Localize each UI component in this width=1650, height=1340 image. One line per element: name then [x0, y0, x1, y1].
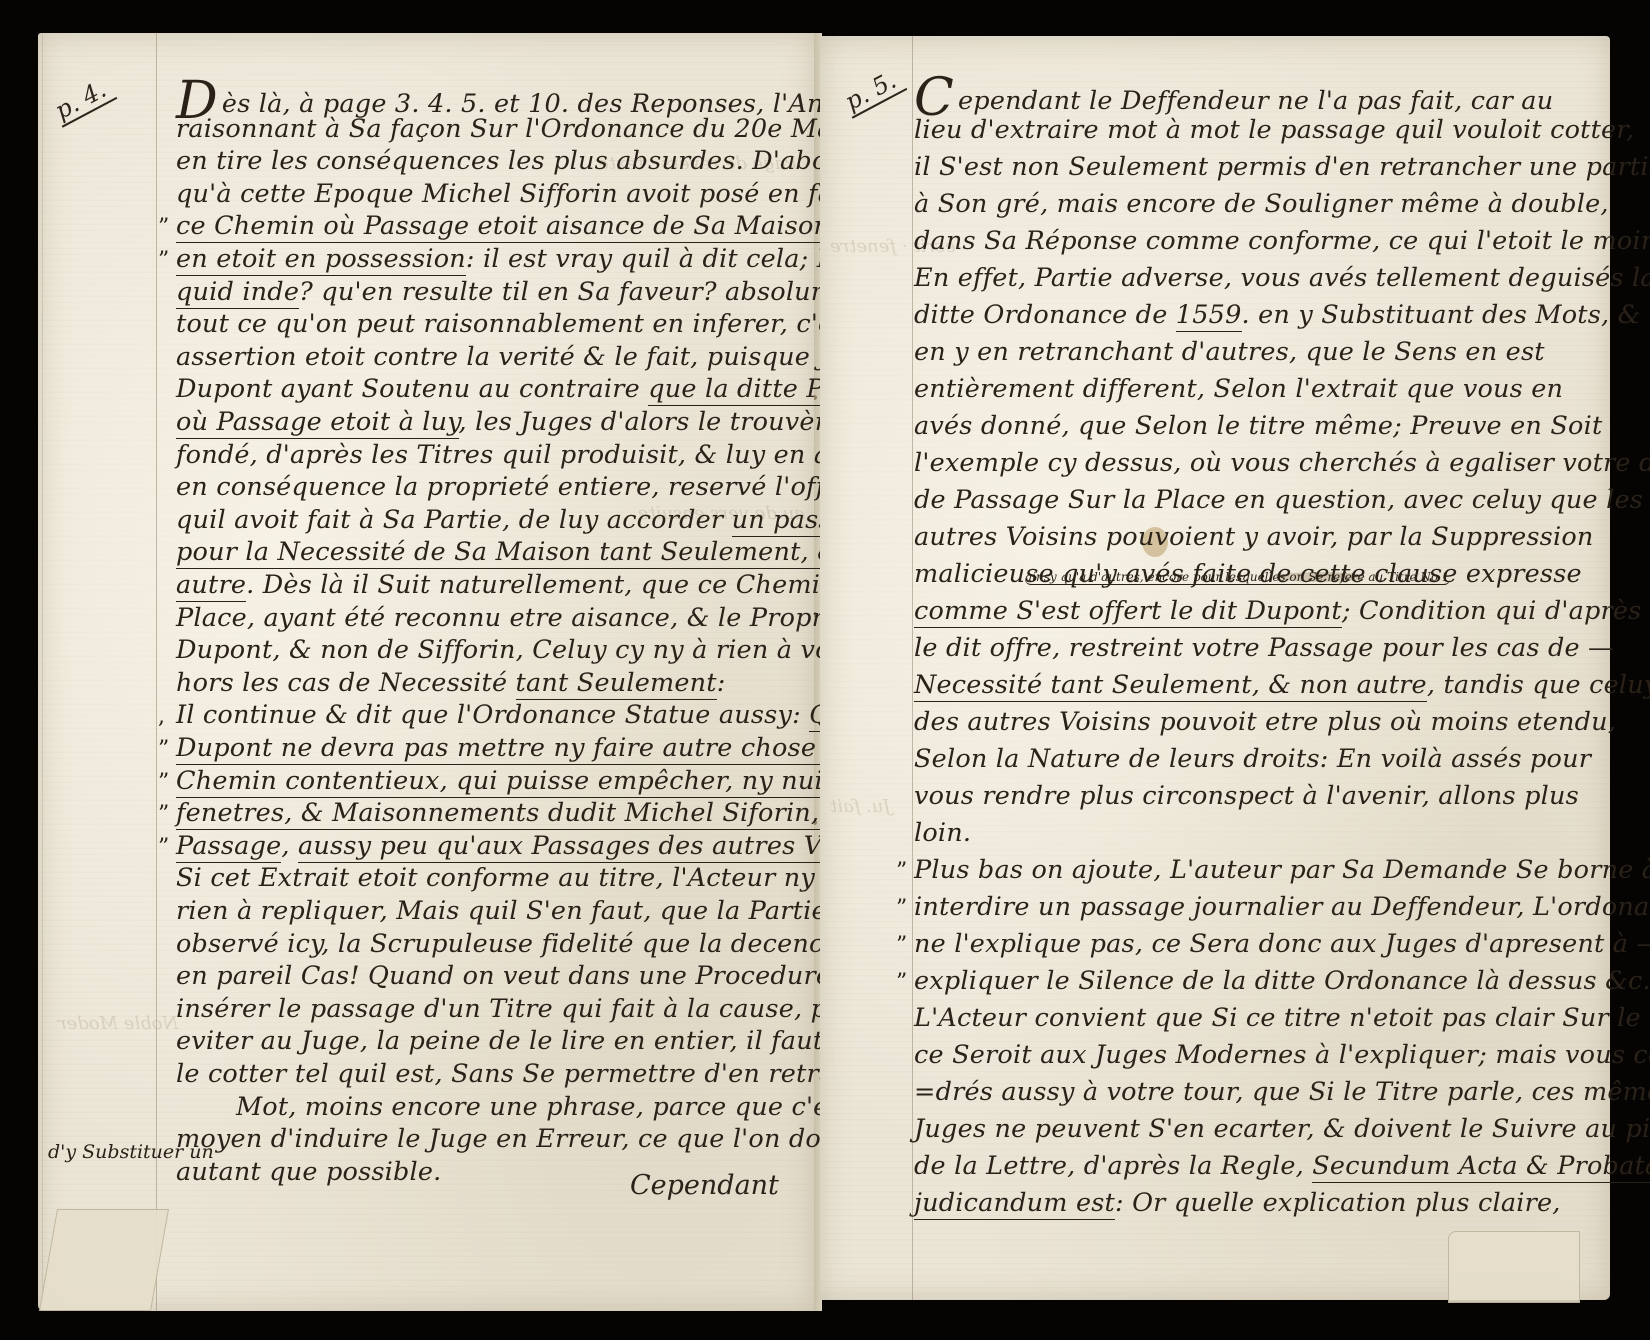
text-segment: il S'est non Seulement permis d'en retra…: [914, 152, 1650, 182]
manuscript-line: Juges ne peuvent S'en ecarter, & doivent…: [916, 1114, 1650, 1144]
manuscript-line: où Passage etoit à luy, les Juges d'alor…: [178, 407, 869, 437]
text-segment: insérer le passage d'un Titre qui fait à…: [176, 994, 872, 1024]
text-segment: ce Seroit aux Juges Modernes à l'expliqu…: [914, 1040, 1650, 1070]
manuscript-line: vous rendre plus circonspect à l'avenir,…: [916, 781, 1579, 811]
underlined-text: Passage: [176, 831, 281, 863]
manuscript-line: Dupont ayant Soutenu au contraire que la…: [178, 374, 886, 404]
quote-mark: ”: [158, 802, 176, 827]
text-segment: =drés aussy à votre tour, que Si le Titr…: [914, 1077, 1650, 1107]
manuscript-line: qu'à cette Epoque Michel Sifforin avoit …: [178, 179, 922, 209]
manuscript-line: Mot, moins encore une phrase, parce que …: [238, 1092, 884, 1122]
underlined-text: où Passage etoit à luy: [176, 407, 459, 439]
text-segment: qu'à cette Epoque Michel Sifforin avoit …: [176, 179, 869, 209]
text-segment: observé icy, la Scrupuleuse fidelité que…: [176, 929, 917, 959]
quote-mark: ”: [158, 770, 176, 795]
manuscript-line: =drés aussy à votre tour, que Si le Titr…: [916, 1077, 1650, 1107]
manuscript-line: ”Chemin contentieux, qui puisse empêcher…: [178, 766, 906, 796]
manuscript-line: comme S'est offert le dit Dupont; Condit…: [916, 596, 1641, 626]
underlined-text: Dupont ne devra pas mettre ny faire autr…: [176, 733, 892, 765]
text-segment: . en y Substituant des Mots, &: [1242, 300, 1641, 330]
manuscript-line: dans Sa Réponse comme conforme, ce qui l…: [916, 226, 1650, 256]
manuscript-line: ”expliquer le Silence de la ditte Ordona…: [916, 966, 1650, 996]
quote-mark: ,: [158, 704, 176, 729]
manuscript-line: autant que possible.: [178, 1157, 441, 1187]
text-segment: autres Voisins pouvoient y avoir, par la…: [914, 522, 1594, 552]
text-segment: eviter au Juge, la peine de le lire en e…: [176, 1026, 823, 1056]
manuscript-line: entièrement different, Selon l'extrait q…: [916, 374, 1563, 404]
manuscript-line: ”en etoit en possession: il est vray qui…: [178, 244, 880, 274]
manuscript-line: judicandum est: Or quelle explication pl…: [916, 1188, 1561, 1218]
underlined-text: Chemin contentieux, qui puisse empêcher,…: [176, 766, 906, 798]
text-segment: ; Condition qui d'après: [1342, 596, 1642, 626]
margin-rule: [156, 33, 157, 1311]
margin-note: d'y Substituer un: [48, 1141, 214, 1163]
manuscript-line: eviter au Juge, la peine de le lire en e…: [178, 1026, 823, 1056]
manuscript-line: des autres Voisins pouvoit etre plus où …: [916, 707, 1616, 737]
underlined-text: en etoit en possession: [176, 244, 466, 276]
manuscript-line: il S'est non Seulement permis d'en retra…: [916, 152, 1650, 182]
text-segment: l'exemple cy dessus, où vous cherchés à …: [914, 448, 1650, 478]
text-segment: En effet, Partie adverse, vous avés tell…: [914, 263, 1650, 293]
margin-rule: [912, 36, 913, 1300]
manuscript-line: ”ce Chemin où Passage etoit aisance de S…: [178, 211, 928, 241]
manuscript-line: Dupont, & non de Sifforin, Celuy cy ny à…: [178, 635, 857, 665]
manuscript-line: ”Plus bas on ajoute, L'auteur par Sa Dem…: [916, 855, 1650, 885]
text-segment: :: [717, 668, 726, 698]
underlined-text: Necessité tant Seulement, & non autre: [914, 670, 1427, 702]
ink-bleed-through: Ju. fait: [830, 796, 891, 817]
text-segment: ditte Ordonance de: [914, 300, 1176, 330]
text-segment: Il continue & dit que l'Ordonance Statue…: [176, 700, 809, 730]
underlined-text: quid inde: [176, 277, 299, 309]
manuscript-line: Selon la Nature de leurs droits: En voil…: [916, 744, 1591, 774]
manuscript-line: Cependant le Deffendeur ne l'a pas fait,…: [916, 78, 1553, 120]
manuscript-line: ditte Ordonance de 1559. en y Substituan…: [916, 300, 1641, 330]
manuscript-line: en pareil Cas! Quand on veut dans une Pr…: [178, 961, 896, 991]
manuscript-line: en conséquence la proprieté entiere, res…: [178, 472, 887, 502]
manuscript-line: de la Lettre, d'après la Regle, Secundum…: [916, 1151, 1650, 1181]
text-segment: de Passage Sur la Place en question, ave…: [914, 485, 1643, 515]
text-segment: Dupont, & non de Sifforin, Celuy cy ny à…: [176, 635, 857, 665]
quote-mark: ”: [896, 970, 914, 995]
manuscript-line: l'exemple cy dessus, où vous cherchés à …: [916, 448, 1650, 478]
underlined-text: judicandum est: [914, 1188, 1115, 1220]
text-segment: : Or quelle explication plus claire,: [1115, 1188, 1561, 1218]
text-segment: moyen d'induire le Juge en Erreur, ce qu…: [176, 1124, 924, 1154]
manuscript-line: moyen d'induire le Juge en Erreur, ce qu…: [178, 1124, 924, 1154]
page-marker: p. 4.: [49, 72, 117, 127]
interlinear-note: ainsy qu'à d'autres, encore pour lesquel…: [1025, 570, 1450, 585]
torn-corner: [1448, 1231, 1580, 1303]
text-segment: : il est vray quil à dit cela; Mais: [466, 244, 880, 274]
text-segment: expliquer le Silence de la ditte Ordonan…: [914, 966, 1650, 996]
margin-rule: [42, 33, 43, 1311]
manuscript-line: à Son gré, mais encore de Souligner même…: [916, 189, 1609, 219]
quote-mark: ”: [158, 215, 176, 240]
text-segment: le dit offre, restreint votre Passage po…: [914, 633, 1614, 663]
quote-mark: ”: [896, 896, 914, 921]
text-segment: en pareil Cas! Quand on veut dans une Pr…: [176, 961, 896, 991]
text-segment: en conséquence la proprieté entiere, res…: [176, 472, 887, 502]
underlined-text: comme S'est offert le dit Dupont: [914, 596, 1342, 628]
manuscript-line: en y en retranchant d'autres, que le Sen…: [916, 337, 1545, 367]
text-segment: de la Lettre, d'après la Regle,: [914, 1151, 1312, 1181]
text-segment: en y en retranchant d'autres, que le Sen…: [914, 337, 1545, 367]
catchword: Cependant: [630, 1170, 779, 1201]
left-page: Page de revers · texte au de vers ensuit…: [38, 33, 814, 1311]
manuscript-line: avés donné, que Selon le titre même; Pre…: [916, 411, 1602, 441]
underlined-text: aussy peu qu'aux Passages des autres Voi…: [298, 831, 895, 863]
manuscript-line: quil avoit fait à Sa Partie, de luy acco…: [178, 505, 879, 535]
text-segment: raisonnant à Sa façon Sur l'Ordonance du…: [176, 114, 855, 144]
manuscript-line: de Passage Sur la Place en question, ave…: [916, 485, 1643, 515]
folded-corner: [39, 1209, 169, 1311]
underlined-text: tant Seulement: [516, 668, 717, 700]
manuscript-line: assertion etoit contre la verité & le fa…: [178, 342, 876, 372]
text-segment: rien à repliquer, Mais quil S'en faut, q…: [176, 896, 869, 926]
text-segment: à Son gré, mais encore de Souligner même…: [914, 189, 1609, 219]
manuscript-line: Place, ayant été reconnu etre aisance, &…: [178, 603, 879, 633]
text-segment: quil avoit fait à Sa Partie, de luy acco…: [176, 505, 732, 535]
text-segment: Selon la Nature de leurs droits: En voil…: [914, 744, 1591, 774]
text-segment: Dupont ayant Soutenu au contraire: [176, 374, 648, 404]
text-segment: interdire un passage journalier au Deffe…: [914, 892, 1650, 922]
text-segment: , les Juges d'alors le trouvèrent: [459, 407, 870, 437]
text-segment: Si cet Extrait etoit conforme au titre, …: [176, 863, 902, 893]
text-segment: Juges ne peuvent S'en ecarter, & doivent…: [914, 1114, 1650, 1144]
quote-mark: ”: [158, 248, 176, 273]
text-segment: loin.: [914, 818, 971, 848]
manuscript-line: insérer le passage d'un Titre qui fait à…: [178, 994, 872, 1024]
text-segment: lieu d'extraire mot à mot le passage qui…: [914, 115, 1634, 145]
manuscript-line: le dit offre, restreint votre Passage po…: [916, 633, 1614, 663]
manuscript-line: observé icy, la Scrupuleuse fidelité que…: [178, 929, 917, 959]
quote-mark: ”: [158, 835, 176, 860]
text-segment: vous rendre plus circonspect à l'avenir,…: [914, 781, 1579, 811]
underlined-text: 1559: [1176, 300, 1242, 332]
manuscript-line: hors les cas de Necessité tant Seulement…: [178, 668, 726, 698]
quote-mark: ”: [158, 737, 176, 762]
manuscript-line: lieu d'extraire mot à mot le passage qui…: [916, 115, 1634, 145]
manuscript-line: ”Dupont ne devra pas mettre ny faire aut…: [178, 733, 892, 763]
underlined-text: Secundum Acta & Probata: [1312, 1151, 1650, 1183]
page-marker: p. 5.: [839, 63, 907, 118]
ink-bleed-through: Noble Moder: [58, 1013, 178, 1034]
manuscript-line: ”interdire un passage journalier au Deff…: [916, 892, 1650, 922]
text-segment: ,: [281, 831, 298, 861]
manuscript-line: loin.: [916, 818, 971, 848]
text-segment: autant que possible.: [176, 1157, 441, 1187]
text-segment: hors les cas de Necessité: [176, 668, 516, 698]
text-segment: , tandis que celuy: [1427, 670, 1650, 700]
underlined-text: ce Chemin où Passage etoit aisance de Sa…: [176, 211, 928, 243]
underlined-text: autre: [176, 570, 246, 602]
text-segment: Plus bas on ajoute, L'auteur par Sa Dema…: [914, 855, 1650, 885]
text-segment: . Dès là il Suit naturellement, que ce C…: [246, 570, 877, 600]
manuscript-line: rien à repliquer, Mais quil S'en faut, q…: [178, 896, 869, 926]
manuscript-line: pour la Necessité de Sa Maison tant Seul…: [178, 537, 897, 567]
text-segment: ependant le Deffendeur ne l'a pas fait, …: [958, 86, 1553, 116]
manuscript-line: ”ne l'explique pas, ce Sera donc aux Jug…: [916, 929, 1650, 959]
manuscript-line: Si cet Extrait etoit conforme au titre, …: [178, 863, 902, 893]
underlined-text: pour la Necessité de Sa Maison tant Seul…: [176, 537, 897, 569]
right-page: ecrit · fenetre Ju. fait p. 5. Cependant…: [820, 36, 1610, 1300]
quote-mark: ”: [896, 933, 914, 958]
text-segment: des autres Voisins pouvoit etre plus où …: [914, 707, 1616, 737]
manuscript-line: ce Seroit aux Juges Modernes à l'expliqu…: [916, 1040, 1650, 1070]
manuscript-line: En effet, Partie adverse, vous avés tell…: [916, 263, 1650, 293]
manuscript-line: Necessité tant Seulement, & non autre, t…: [916, 670, 1650, 700]
text-segment: dans Sa Réponse comme conforme, ce qui l…: [914, 226, 1650, 256]
text-segment: ne l'explique pas, ce Sera donc aux Juge…: [914, 929, 1650, 959]
text-segment: Mot, moins encore une phrase, parce que …: [236, 1092, 884, 1122]
manuscript-line: autre. Dès là il Suit naturellement, que…: [178, 570, 877, 600]
text-segment: L'Acteur convient que Si ce titre n'etoi…: [914, 1003, 1650, 1033]
text-segment: avés donné, que Selon le titre même; Pre…: [914, 411, 1602, 441]
manuscript-line: autres Voisins pouvoient y avoir, par la…: [916, 522, 1594, 552]
text-segment: assertion etoit contre la verité & le fa…: [176, 342, 876, 372]
quote-mark: ”: [896, 859, 914, 884]
manuscript-line: L'Acteur convient que Si ce titre n'etoi…: [916, 1003, 1650, 1033]
text-segment: entièrement different, Selon l'extrait q…: [914, 374, 1563, 404]
text-segment: Place, ayant été reconnu etre aisance, &…: [176, 603, 879, 633]
underlined-text: fenetres, & Maisonnements dudit Michel S…: [176, 798, 828, 830]
manuscript-line: raisonnant à Sa façon Sur l'Ordonance du…: [178, 114, 930, 144]
